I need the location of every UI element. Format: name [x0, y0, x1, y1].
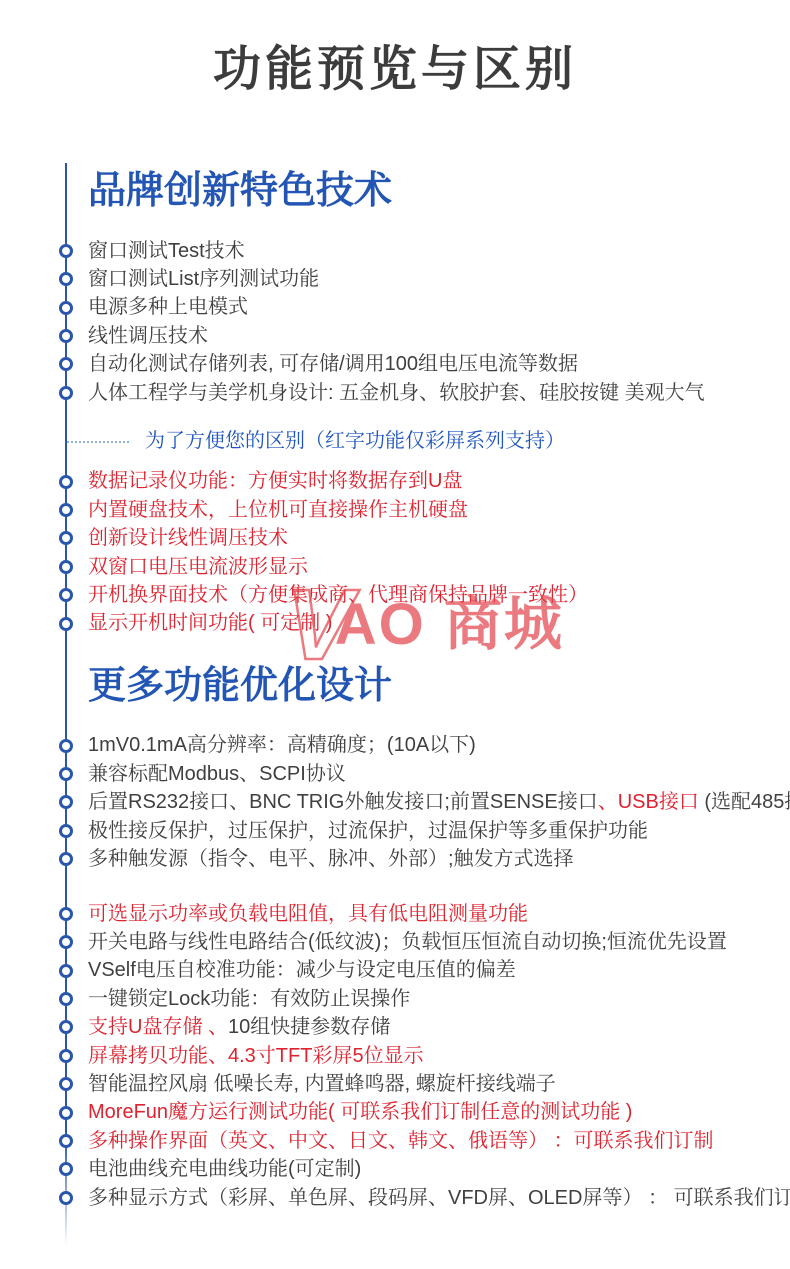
bullet-icon — [59, 795, 73, 809]
bullet-icon — [59, 964, 73, 978]
bullet-icon — [59, 1191, 73, 1205]
feature-item: 创新设计线性调压技术 — [0, 524, 790, 552]
feature-item: 显示开机时间功能( 可定制 ) — [0, 609, 790, 637]
feature-text: VSelf电压自校准功能：减少与设定电压值的偏差 — [88, 959, 516, 981]
section-heading: 品牌创新特色技术 — [0, 169, 790, 215]
bullet-icon — [59, 1077, 73, 1091]
feature-text: 自动化测试存储列表, 可存储/调用100组电压电流等数据 — [88, 353, 578, 375]
feature-text: 10组快捷参数存储 — [228, 1016, 390, 1038]
bullet-icon — [59, 588, 73, 602]
feature-item: 人体工程学与美学机身设计: 五金机身、软胶护套、硅胶按键 美观大气 — [0, 379, 790, 407]
product-feature-page: 功能预览与区别 品牌创新特色技术 窗口测试Test技术窗口测试List序列测试功… — [0, 0, 790, 1269]
feature-item: 智能温控风扇 低噪长寿, 内置蜂鸣器, 螺旋杆接线端子 — [0, 1070, 790, 1098]
feature-item: 双窗口电压电流波形显示 — [0, 553, 790, 581]
feature-item: 自动化测试存储列表, 可存储/调用100组电压电流等数据 — [0, 350, 790, 378]
feature-item: 屏幕拷贝功能、4.3寸TFT彩屏5位显示 — [0, 1042, 790, 1070]
bullet-icon — [59, 301, 73, 315]
feature-text: 支持U盘存储 、 — [88, 1016, 228, 1038]
bullet-icon — [59, 767, 73, 781]
feature-text: 双窗口电压电流波形显示 — [88, 556, 308, 578]
feature-text: (选配485接口) — [699, 791, 790, 813]
feature-text: 线性调压技术 — [88, 325, 208, 347]
bullet-icon — [59, 475, 73, 489]
feature-item: 多种操作界面（英文、中文、日文、韩文、俄语等） ：可联系我们订制 — [0, 1127, 790, 1155]
feature-text: 开关电路与线性电路结合(低纹波)；负载恒压恒流自动切换;恒流优先设置 — [88, 931, 727, 953]
feature-text: 人体工程学与美学机身设计: 五金机身、软胶护套、硅胶按键 美观大气 — [88, 382, 705, 404]
bullet-icon — [59, 560, 73, 574]
feature-text: 智能温控风扇 低噪长寿, 内置蜂鸣器, 螺旋杆接线端子 — [88, 1073, 556, 1095]
feature-item: 电池曲线充电曲线功能(可定制) — [0, 1155, 790, 1183]
feature-text: 、USB接口 — [598, 791, 699, 813]
feature-item: 线性调压技术 — [0, 322, 790, 350]
feature-text: 创新设计线性调压技术 — [88, 527, 288, 549]
dotted-connector — [67, 441, 129, 443]
bullet-icon — [59, 1134, 73, 1148]
bullet-icon — [59, 357, 73, 371]
bullet-icon — [59, 503, 73, 517]
feature-item: 兼容标配Modbus、SCPI协议 — [0, 760, 790, 788]
bullet-icon — [59, 386, 73, 400]
bullet-icon — [59, 1049, 73, 1063]
bullet-icon — [59, 1106, 73, 1120]
feature-item: 窗口测试List序列测试功能 — [0, 265, 790, 293]
bullet-icon — [59, 907, 73, 921]
feature-item: 窗口测试Test技术 — [0, 237, 790, 265]
feature-text: 屏幕拷贝功能、4.3寸TFT彩屏5位显示 — [88, 1045, 424, 1067]
feature-item: 可选显示功率或负载电阻值，具有低电阻测量功能 — [0, 900, 790, 928]
bullet-icon — [59, 739, 73, 753]
feature-text: 多种触发源（指令、电平、脉冲、外部）;触发方式选择 — [88, 848, 574, 870]
bullet-icon — [59, 329, 73, 343]
page-title: 功能预览与区别 — [0, 0, 790, 99]
feature-item: 开机换界面技术（方便集成商、代理商保持品牌一致性） — [0, 581, 790, 609]
feature-text: 窗口测试List序列测试功能 — [88, 268, 319, 290]
feature-text: 一键锁定Lock功能：有效防止误操作 — [88, 988, 410, 1010]
feature-text: 多种显示方式（彩屏、单色屏、段码屏、VFD屏、OLED屏等） ： 可联系我们订制 — [88, 1187, 790, 1209]
feature-text: 后置RS232接口、BNC TRIG外触发接口;前置SENSE接口 — [88, 791, 598, 813]
feature-item: 数据记录仪功能：方便实时将数据存到U盘 — [0, 467, 790, 495]
feature-text: 窗口测试Test技术 — [88, 240, 245, 262]
feature-text: 1mV0.1mA高分辨率：高精确度；(10A以下) — [88, 734, 476, 756]
feature-text: 数据记录仪功能：方便实时将数据存到U盘 — [88, 470, 462, 492]
feature-item: 极性接反保护，过压保护，过流保护，过温保护等多重保护功能 — [0, 817, 790, 845]
feature-item: 后置RS232接口、BNC TRIG外触发接口;前置SENSE接口、USB接口 … — [0, 788, 790, 816]
bullet-icon — [59, 1020, 73, 1034]
feature-item: 多种触发源（指令、电平、脉冲、外部）;触发方式选择 — [0, 845, 790, 873]
feature-item: 支持U盘存储 、10组快捷参数存储 — [0, 1013, 790, 1041]
bullet-icon — [59, 824, 73, 838]
bullet-icon — [59, 617, 73, 631]
feature-text: 可选显示功率或负载电阻值，具有低电阻测量功能 — [88, 903, 528, 925]
feature-text: 电池曲线充电曲线功能(可定制) — [88, 1158, 361, 1180]
feature-item: MoreFun魔方运行测试功能( 可联系我们订制任意的测试功能 ) — [0, 1098, 790, 1126]
feature-text: 开机换界面技术（方便集成商、代理商保持品牌一致性） — [88, 584, 588, 606]
feature-text: 电源多种上电模式 — [88, 296, 248, 318]
bullet-icon — [59, 244, 73, 258]
feature-text: MoreFun魔方运行测试功能( 可联系我们订制任意的测试功能 ) — [88, 1101, 632, 1123]
feature-item: 内置硬盘技术，上位机可直接操作主机硬盘 — [0, 496, 790, 524]
feature-text: 极性接反保护，过压保护，过流保护，过温保护等多重保护功能 — [88, 820, 648, 842]
feature-item: 1mV0.1mA高分辨率：高精确度；(10A以下) — [0, 731, 790, 759]
feature-item: 电源多种上电模式 — [0, 293, 790, 321]
feature-item: 开关电路与线性电路结合(低纹波)；负载恒压恒流自动切换;恒流优先设置 — [0, 928, 790, 956]
feature-item: 多种显示方式（彩屏、单色屏、段码屏、VFD屏、OLED屏等） ： 可联系我们订制 — [0, 1184, 790, 1212]
feature-item: 一键锁定Lock功能：有效防止误操作 — [0, 985, 790, 1013]
bullet-icon — [59, 272, 73, 286]
feature-list: 1mV0.1mA高分辨率：高精确度；(10A以下)兼容标配Modbus、SCPI… — [0, 731, 790, 1212]
feature-text: 兼容标配Modbus、SCPI协议 — [88, 763, 346, 785]
feature-text: 内置硬盘技术，上位机可直接操作主机硬盘 — [88, 499, 468, 521]
section-heading: 更多功能优化设计 — [0, 664, 790, 710]
bullet-icon — [59, 1162, 73, 1176]
feature-item: VSelf电压自校准功能：减少与设定电压值的偏差 — [0, 956, 790, 984]
note-line: 为了方便您的区别（红字功能仅彩屏系列支持） — [0, 427, 790, 455]
section-more-features: 更多功能优化设计 1mV0.1mA高分辨率：高精确度；(10A以下)兼容标配Mo… — [0, 664, 790, 1212]
feature-text: 多种操作界面（英文、中文、日文、韩文、俄语等） ：可联系我们订制 — [88, 1130, 714, 1152]
note-text: 为了方便您的区别（红字功能仅彩屏系列支持） — [145, 430, 565, 452]
bullet-icon — [59, 852, 73, 866]
section-brand-features: 品牌创新特色技术 窗口测试Test技术窗口测试List序列测试功能电源多种上电模… — [0, 169, 790, 638]
bullet-icon — [59, 935, 73, 949]
feature-list: 窗口测试Test技术窗口测试List序列测试功能电源多种上电模式线性调压技术自动… — [0, 237, 790, 638]
bullet-icon — [59, 531, 73, 545]
feature-text: 显示开机时间功能( 可定制 ) — [88, 612, 332, 634]
bullet-icon — [59, 992, 73, 1006]
